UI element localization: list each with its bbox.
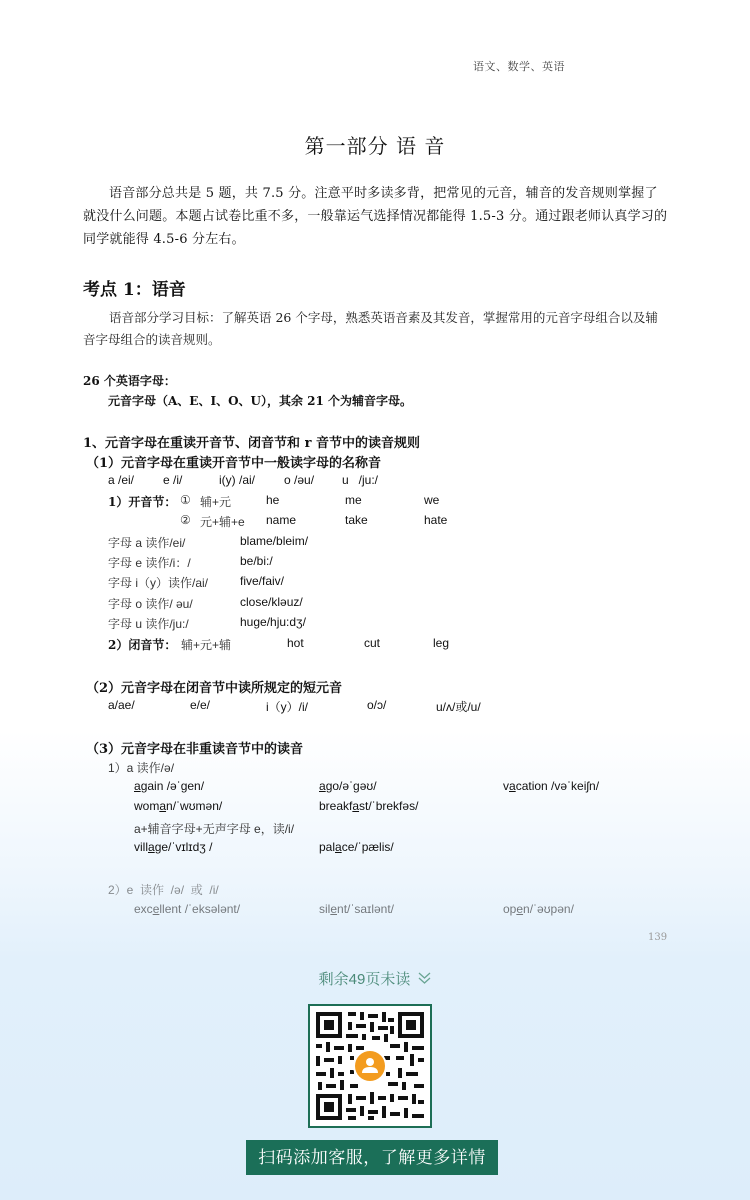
section-heading: 考点 1：语音	[83, 275, 186, 300]
reading-label: 字母 a 读作/ei/	[108, 534, 185, 551]
closed-pattern: 辅+元+辅	[181, 636, 231, 653]
unstressed-example: woman/ˈwʊmən/	[134, 799, 222, 813]
learning-goal-paragraph: 语音部分学习目标：了解英语 26 个字母，熟悉英语音素及其发音，掌握常用的元音字…	[83, 307, 668, 351]
read-more-link[interactable]: 剩余49页未读	[0, 968, 750, 989]
short-vowel-item: o/ɔ/	[367, 698, 386, 712]
double-chevron-down-icon	[418, 972, 431, 989]
unstressed-example: village/ˈvɪlɪdʒ /	[134, 840, 212, 854]
closed-word: hot	[287, 636, 304, 650]
reading-example: five/faiv/	[240, 574, 284, 588]
short-vowel-item: e/e/	[190, 698, 210, 712]
reading-label: 字母 e 读作/i：/	[108, 554, 191, 571]
unstressed-example: again /əˈgen/	[134, 779, 204, 793]
page-number: 139	[648, 932, 667, 943]
avatar-icon	[352, 1048, 392, 1088]
closed-syllable-label: 2）闭音节：	[108, 636, 176, 653]
unstressed-example: vacation /vəˈkeiʃn/	[503, 779, 599, 793]
closed-word: leg	[433, 636, 449, 650]
reading-label: 字母 u 读作/ju:/	[108, 615, 189, 632]
open-word: we	[424, 493, 439, 507]
reading-example: blame/bleim/	[240, 534, 308, 548]
header-subjects: 语文、数学、英语	[473, 58, 565, 74]
short-vowel-item: i（y）/i/	[266, 698, 308, 715]
letter-sound-o: o /əu/	[284, 473, 314, 487]
unstressed-e-label: 2）e 读作 /ə/ 或 /i/	[108, 881, 219, 898]
unstressed-example: palace/ˈpælis/	[319, 840, 394, 854]
short-vowel-item: a/ae/	[108, 698, 135, 712]
open-syllable-label: 1）开音节：	[108, 493, 176, 510]
open-word: me	[345, 493, 362, 507]
page-title: 第一部分 语 音	[0, 130, 750, 159]
unstressed-example: silent/ˈsaɪlənt/	[319, 902, 394, 916]
rule1-title: 1、元音字母在重读开音节、闭音节和 r 音节中的读音规则	[83, 432, 420, 451]
letter-sound-i: i(y) /ai/	[219, 473, 255, 487]
open-word: he	[266, 493, 279, 507]
open-word: hate	[424, 513, 447, 527]
open-pattern-2: 元+辅+e	[200, 513, 245, 530]
reading-example: huge/hju:dʒ/	[240, 615, 306, 629]
open-pattern-1: 辅+元	[200, 493, 231, 510]
open-word: take	[345, 513, 368, 527]
alphabet-label: 26 个英语字母：	[83, 372, 176, 389]
unstressed-example: ago/əˈgəʊ/	[319, 779, 377, 793]
unstressed-a-label: 1）a 读作/ə/	[108, 759, 174, 776]
letter-sound-a: a /ei/	[108, 473, 134, 487]
open-marker-1: ①	[180, 493, 191, 507]
short-vowel-item: u/ʌ/或/u/	[436, 698, 481, 715]
closed-word: cut	[364, 636, 380, 650]
open-word: name	[266, 513, 296, 527]
reading-example: close/kləuz/	[240, 595, 303, 609]
reading-label: 字母 o 读作/ əu/	[108, 595, 193, 612]
rule1-sub2-title: （2）元音字母在闭音节中读所规定的短元音	[86, 677, 342, 696]
unstressed-example: breakfast/ˈbrekfəs/	[319, 799, 418, 813]
intro-paragraph: 语音部分总共是 5 题，共 7.5 分。注意平时多读多背，把常见的元音，辅音的发…	[83, 182, 668, 251]
reading-example: be/bi:/	[240, 554, 273, 568]
open-marker-2: ②	[180, 513, 191, 527]
contact-service-banner[interactable]: 扫码添加客服，了解更多详情	[246, 1140, 498, 1175]
unstressed-example: excellent /ˈeksələnt/	[134, 902, 240, 916]
rule1-sub3-title: （3）元音字母在非重读音节中的读音	[86, 738, 303, 757]
letter-sound-e: e /i/	[163, 473, 182, 487]
remaining-pages-text: 剩余49页未读	[319, 971, 411, 988]
rule1-sub1-title: （1）元音字母在重读开音节中一般读字母的名称音	[86, 452, 381, 471]
unstressed-example: open/ˈəʊpən/	[503, 902, 574, 916]
vowels-note: 元音字母（A、E、I、O、U），其余 21 个为辅音字母。	[108, 392, 412, 409]
unstressed-a-note: a+辅音字母+无声字母 e，读/i/	[134, 820, 294, 837]
letter-sound-u: u /ju:/	[342, 473, 378, 487]
reading-label: 字母 i（y）读作/ai/	[108, 574, 208, 591]
